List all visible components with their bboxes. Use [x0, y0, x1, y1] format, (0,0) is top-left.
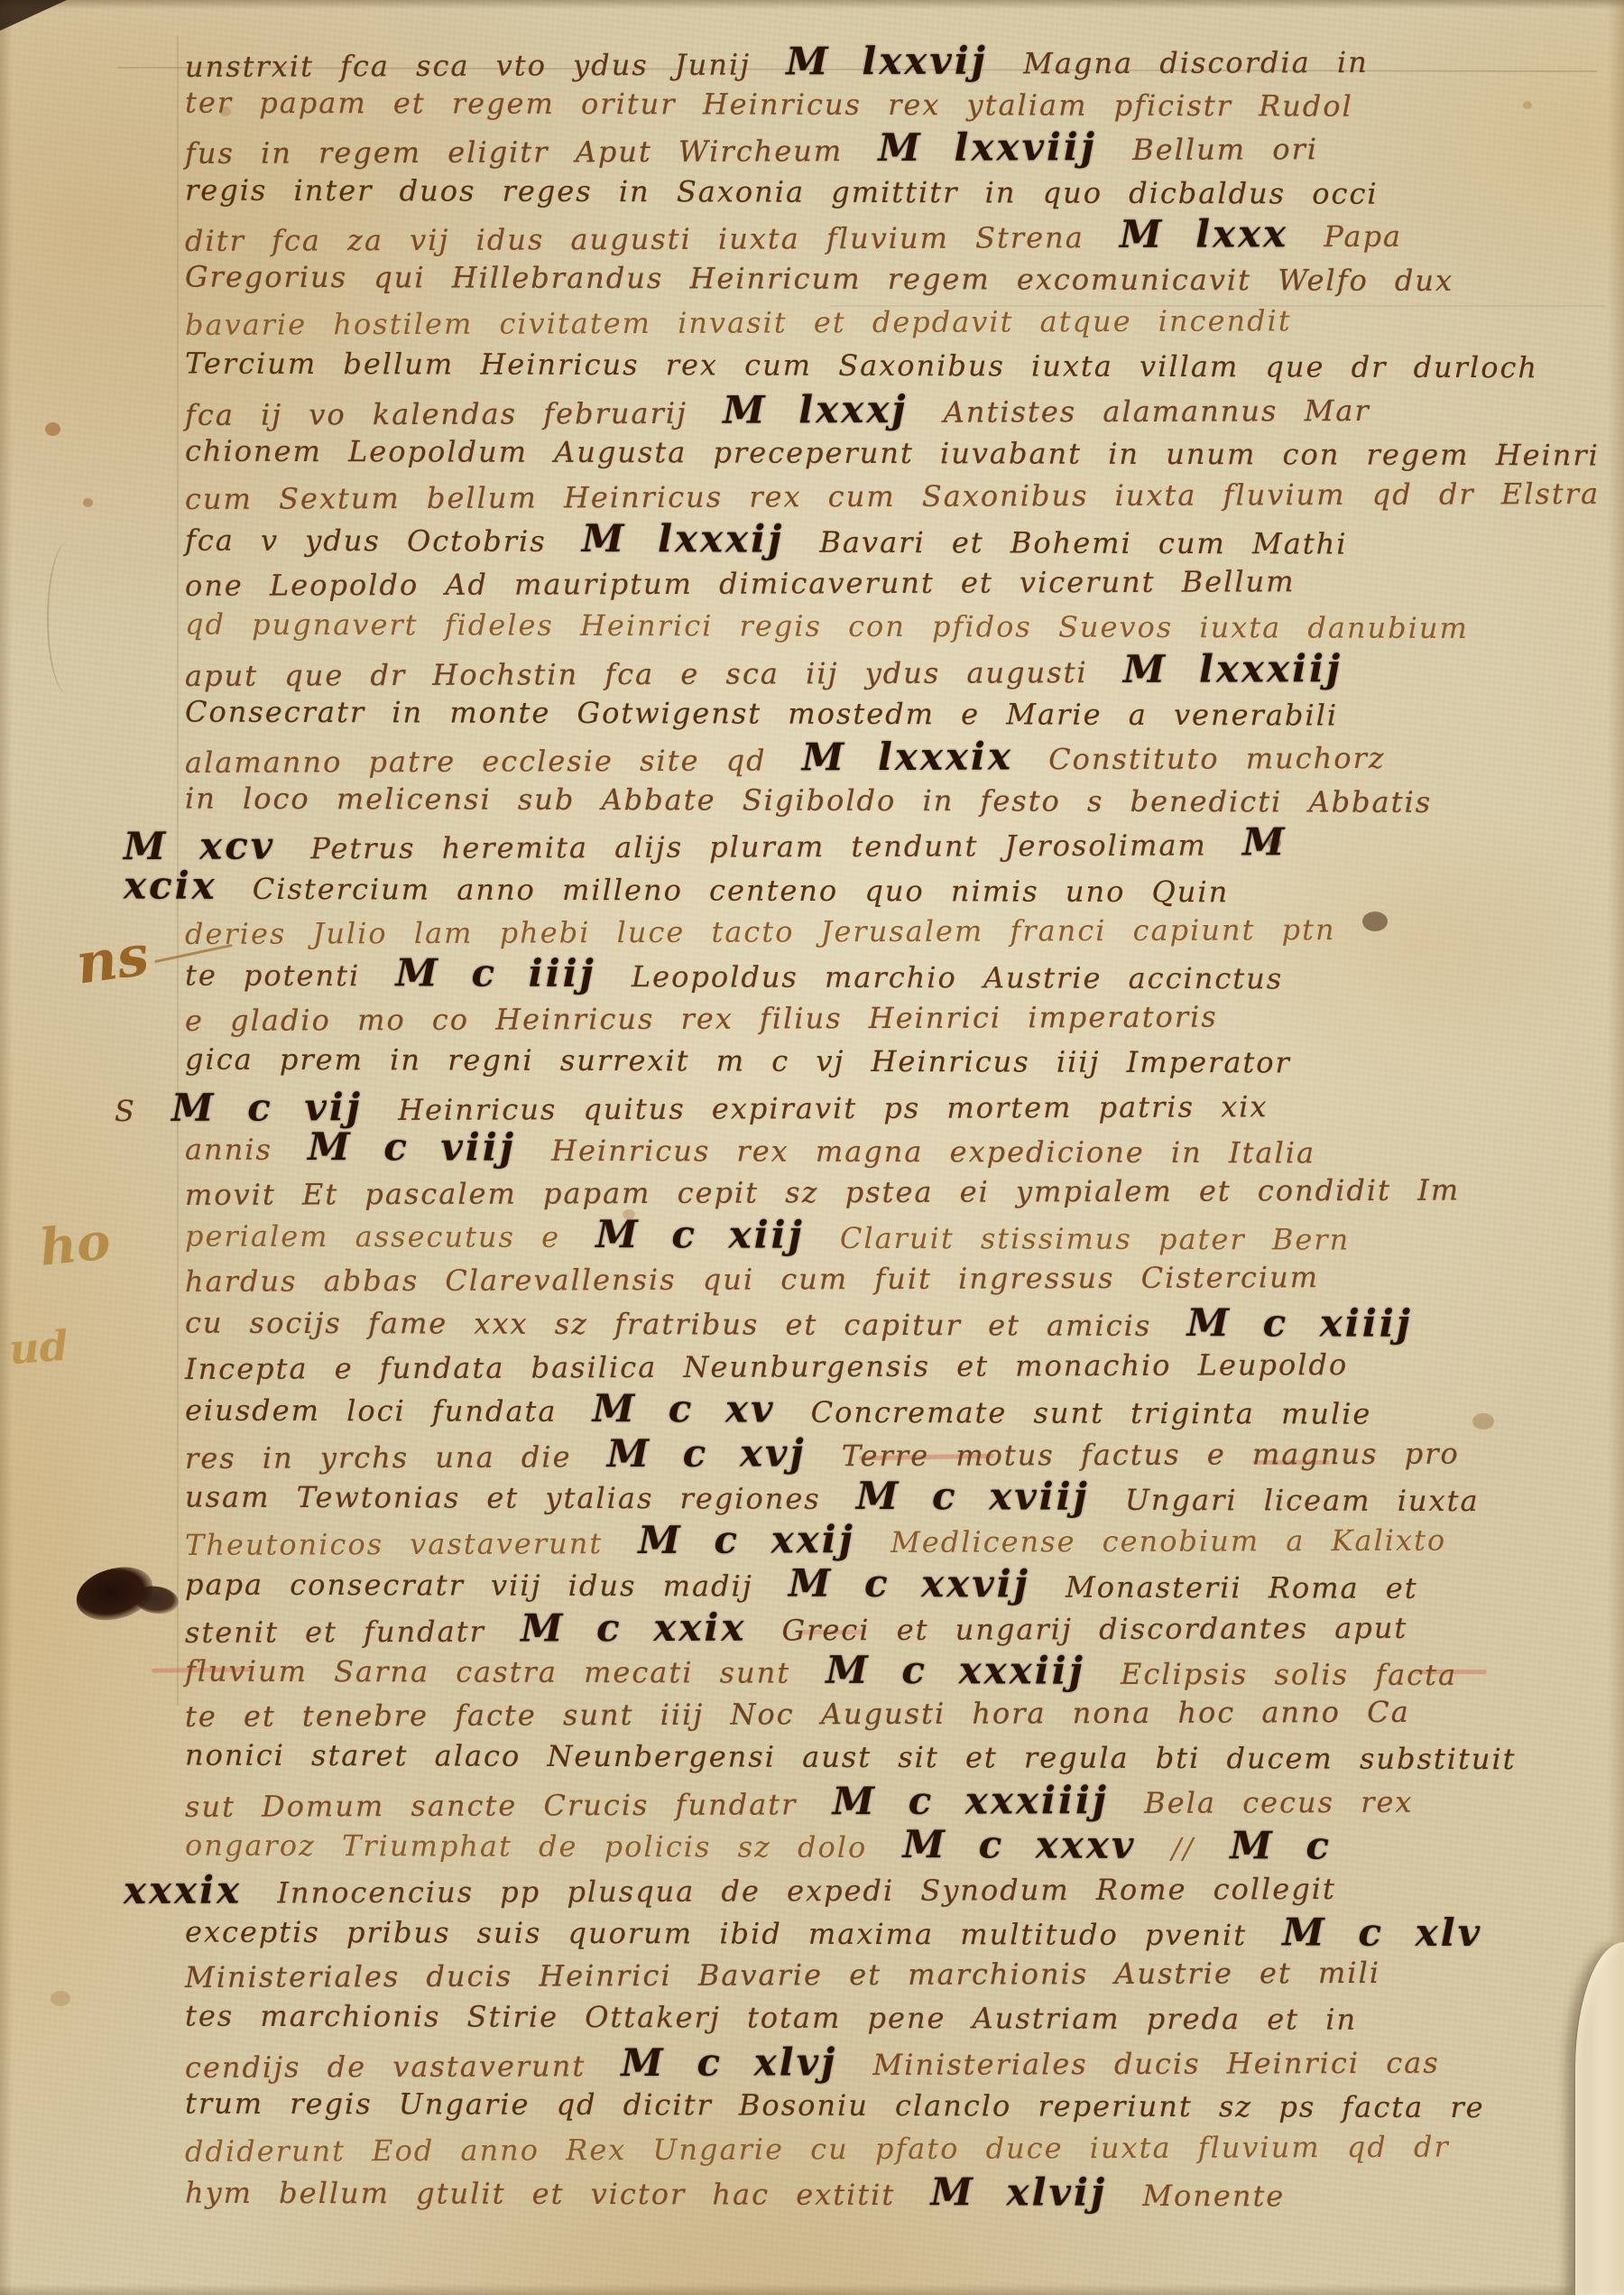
- manuscript-text-line: fca ij vo kalendas februarij M lxxxj Ant…: [185, 385, 1585, 434]
- text-run: one Leopoldo Ad mauriptum dimicaverunt e…: [185, 565, 1296, 604]
- text-run: Papa: [1297, 219, 1402, 254]
- stain-spot: [83, 498, 93, 507]
- manuscript-text-line: gica prem in regni surrexit m c vj Heinr…: [185, 1038, 1585, 1086]
- text-run: unstrxit fca sca vto ydus Junij: [185, 47, 777, 84]
- year-marker: M c xxxiiij: [823, 1778, 1118, 1823]
- manuscript-text-line: Ministeriales ducis Heinrici Bavarie et …: [185, 1950, 1585, 1999]
- margin-note-text: ns: [72, 921, 152, 996]
- text-run: res in yrchs una die: [185, 1439, 598, 1476]
- text-run: annis: [185, 1132, 299, 1166]
- ink-blot: [134, 1585, 180, 1616]
- year-marker: M lxxxiij: [1114, 646, 1352, 691]
- text-run: Medlicense cenobium a Kalixto: [864, 1523, 1446, 1559]
- year-marker: M c xviij: [847, 1474, 1099, 1519]
- text-run: Leopoldus marchio Austrie accinctus: [605, 959, 1284, 995]
- year-marker: M lxxxj: [714, 386, 918, 431]
- text-run: perialem assecutus e: [185, 1219, 586, 1254]
- stain-spot: [51, 1991, 70, 2006]
- text-run: ddiderunt Eod anno Rex Ungarie cu pfato …: [185, 2130, 1450, 2169]
- text-run: ditr fca za vij idus augusti iuxta fluvi…: [185, 220, 1111, 258]
- text-run: Heinricus rex magna expedicione in Itali…: [525, 1133, 1315, 1170]
- margin-note-text: ud: [7, 1321, 69, 1374]
- manuscript-text-line: exceptis pribus suis quorum ibid maxima …: [185, 1908, 1585, 1956]
- manuscript-text-line: nonici staret alaco Neunbergensi aust si…: [185, 1734, 1585, 1781]
- year-marker: M c xxix: [512, 1605, 756, 1650]
- text-run: chionem Leopoldum Augusta preceperunt iu…: [185, 433, 1600, 472]
- text-run: Greci et ungarij discordantes aput: [755, 1611, 1407, 1648]
- text-run: Petrus heremita alijs pluram tendunt Jer…: [284, 828, 1233, 866]
- manuscript-text-line: trum regis Ungarie qd dicitr Bosoniu cla…: [185, 2081, 1585, 2129]
- manuscript-text-line: fluvium Sarna castra mecati sunt M c xxx…: [185, 1646, 1585, 1694]
- text-run: Monasterii Roma et: [1039, 1569, 1418, 1605]
- text-run: Tercium bellum Heinricus rex cum Saxonib…: [185, 347, 1538, 385]
- text-run: stenit et fundatr: [185, 1614, 512, 1649]
- manuscript-text-line: annis M c viij Heinricus rex magna exped…: [185, 1124, 1585, 1172]
- text-run: Constituto muchorz: [1022, 741, 1386, 777]
- manuscript-text-line: e gladio mo co Heinricus rex filius Hein…: [185, 994, 1585, 1042]
- text-run: bavarie hostilem civitatem invasit et de…: [185, 303, 1292, 342]
- text-run: Bavari et Bohemi cum Mathi: [793, 525, 1347, 561]
- text-run: fluvium Sarna castra mecati sunt: [185, 1653, 817, 1689]
- text-run: Theutonicos vastaverunt: [185, 1526, 629, 1562]
- manuscript-text-line: M xcv Petrus heremita alijs pluram tendu…: [115, 819, 1585, 868]
- parchment-fold-mark: [47, 541, 90, 695]
- dark-corner-top-left: [0, 0, 67, 31]
- text-run: te et tenebre facte sunt iiij Noc August…: [185, 1695, 1410, 1734]
- manuscript-text-line: cum Sextum bellum Heinricus rex cum Saxo…: [185, 472, 1585, 521]
- manuscript-text-line: stenit et fundatr M c xxix Greci et unga…: [185, 1603, 1585, 1652]
- text-run: Ministeriales ducis Heinrici Bavarie et …: [185, 1956, 1380, 1994]
- text-run: qd pugnavert fideles Heinrici regis con …: [185, 607, 1469, 645]
- manuscript-text-line: alamanno patre ecclesie site qd M lxxxix…: [185, 733, 1585, 782]
- manuscript-text-line: papa consecratr viij idus madij M c xxvi…: [185, 1559, 1585, 1607]
- manuscript-text-line: Gregorius qui Hillebrandus Heinricum reg…: [185, 254, 1585, 302]
- text-run: trum regis Ungarie qd dicitr Bosoniu cla…: [185, 2086, 1485, 2124]
- year-marker: M c vij: [162, 1085, 372, 1130]
- year-marker: M lxxviij: [869, 125, 1106, 170]
- manuscript-text-line: fca v ydus Octobris M lxxxij Bavari et B…: [185, 516, 1585, 564]
- text-run: deries Julio lam phebi luce tacto Jerusa…: [185, 912, 1336, 951]
- text-run: papa consecratr viij idus madij: [185, 1567, 780, 1603]
- year-marker: M c: [1221, 1823, 1341, 1867]
- manuscript-text-line: perialem assecutus e M c xiij Claruit st…: [185, 1212, 1585, 1260]
- year-marker: M c iiij: [386, 950, 605, 995]
- year-marker: M c xxxiij: [817, 1648, 1094, 1693]
- manuscript-text-line: movit Et pascalem papam cepit sz pstea e…: [185, 1168, 1585, 1217]
- year-marker: M c xiiij: [1177, 1300, 1422, 1346]
- manuscript-text-line: one Leopoldo Ad mauriptum dimicaverunt e…: [185, 559, 1585, 607]
- text-run: cu socijs fame xxx sz fratribus et capit…: [185, 1306, 1178, 1343]
- year-marker: M c xxij: [629, 1517, 864, 1562]
- year-marker: M lxxx: [1111, 211, 1297, 256]
- margin-note-text: ho: [37, 1211, 114, 1278]
- manuscript-text-line: eiusdem loci fundata M c xv Concremate s…: [185, 1385, 1585, 1433]
- year-marker: M: [1233, 819, 1296, 864]
- text-run: regis inter duos reges in Saxonia gmitti…: [185, 172, 1379, 210]
- manuscript-text-line: xcix Cistercium anno milleno centeno quo…: [115, 864, 1585, 912]
- year-marker: M c xxvij: [780, 1560, 1039, 1606]
- manuscript-text-line: chionem Leopoldum Augusta preceperunt iu…: [185, 429, 1585, 477]
- manuscript-text-line: aput que dr Hochstin fca e sca iij ydus …: [185, 646, 1585, 695]
- manuscript-text-line: unstrxit fca sca vto ydus Junij M lxxvij…: [185, 37, 1585, 86]
- text-run: Consecratr in monte Gotwigenst mostedm e…: [185, 694, 1338, 732]
- text-run: aput que dr Hochstin fca e sca iij ydus …: [185, 655, 1114, 693]
- text-run: fus in regem eligitr Aput Wircheum: [185, 134, 870, 171]
- manuscript-text-line: in loco melicensi sub Abbate Sigiboldo i…: [185, 777, 1585, 825]
- manuscript-text-line: Consecratr in monte Gotwigenst mostedm e…: [185, 689, 1585, 737]
- manuscript-text-line: cu socijs fame xxx sz fratribus et capit…: [185, 1299, 1585, 1346]
- year-marker: M c xlvj: [612, 2040, 846, 2085]
- year-marker: M c xvj: [598, 1430, 816, 1476]
- text-run: Ungari liceam iuxta: [1099, 1483, 1480, 1518]
- text-run: Ministeriales ducis Heinrici cas: [846, 2045, 1440, 2082]
- year-marker: M c xxxv: [893, 1822, 1145, 1867]
- manuscript-text-line: Theutonicos vastaverunt M c xxij Medlice…: [185, 1515, 1585, 1564]
- page-bottom-edge-shadow: [0, 2284, 1624, 2295]
- manuscript-text-line: qd pugnavert fideles Heinrici regis con …: [185, 603, 1585, 651]
- text-run: Cistercium anno milleno centeno quo nimi…: [226, 871, 1230, 908]
- text-run: Incepta e fundata basilica Neunburgensis…: [185, 1347, 1348, 1386]
- text-run: usam Tewtonias et ytalias regiones: [185, 1480, 847, 1516]
- text-run: sut Domum sancte Crucis fundatr: [185, 1787, 824, 1824]
- text-run: ongaroz Triumphat de policis sz dolo: [185, 1828, 894, 1864]
- text-run: cum Sextum bellum Heinricus rex cum Saxo…: [185, 477, 1600, 516]
- year-marker: M xlvij: [921, 2170, 1116, 2215]
- text-run: alamanno patre ecclesie site qd: [185, 743, 793, 780]
- page-top-edge-shadow: [0, 0, 1624, 9]
- text-run: Concremate sunt triginta mulie: [784, 1394, 1371, 1430]
- text-run: Heinricus quitus expiravit ps mortem pat…: [372, 1089, 1269, 1127]
- text-run: Innocencius pp plusqua de expedi Synodum…: [251, 1872, 1336, 1911]
- text-run: exceptis pribus suis quorum ibid maxima …: [185, 1915, 1273, 1953]
- text-run: Terre motus factus e magnus pro: [816, 1437, 1460, 1474]
- text-run: tes marchionis Stirie Ottakerj totam pen…: [185, 1999, 1357, 2037]
- year-marker: M c xiij: [586, 1212, 814, 1257]
- text-run: movit Et pascalem papam cepit sz pstea e…: [185, 1172, 1460, 1211]
- text-run: Magna discordia in: [997, 45, 1369, 81]
- manuscript-text-line: sut Domum sancte Crucis fundatr M c xxxi…: [185, 1777, 1585, 1826]
- year-marker: M c xv: [584, 1386, 785, 1431]
- manuscript-text-line: tes marchionis Stirie Ottakerj totam pen…: [185, 1994, 1585, 2042]
- text-run: Monente: [1116, 2179, 1285, 2214]
- manuscript-text-line: ongaroz Triumphat de policis sz dolo M c…: [185, 1820, 1585, 1868]
- manuscript-text-line: ddiderunt Eod anno Rex Ungarie cu pfato …: [185, 2124, 1585, 2173]
- manuscript-text-line: bavarie hostilem civitatem invasit et de…: [185, 298, 1585, 347]
- chronicle-text-block: unstrxit fca sca vto ydus Junij M lxxvij…: [185, 40, 1585, 2214]
- year-marker: M lxxxij: [573, 516, 793, 561]
- manuscript-text-line: cendijs de vastaverunt M c xlvj Minister…: [185, 2038, 1585, 2087]
- text-run: Bela cecus rex: [1118, 1784, 1414, 1819]
- manuscript-text-line: res in yrchs una die M c xvj Terre motus…: [185, 1429, 1585, 1477]
- manuscript-text-line: xxxix Innocencius pp plusqua de expedi S…: [115, 1864, 1585, 1912]
- manuscript-text-line: ditr fca za vij idus augusti iuxta fluvi…: [185, 211, 1585, 260]
- text-run: e gladio mo co Heinricus rex filius Hein…: [185, 1000, 1218, 1038]
- manuscript-page: unstrxit fca sca vto ydus Junij M lxxvij…: [0, 0, 1624, 2295]
- text-run: Gregorius qui Hillebrandus Heinricum reg…: [185, 259, 1453, 297]
- manuscript-text-line: hardus abbas Clarevallensis qui cum fuit…: [185, 1254, 1585, 1303]
- text-run: hym bellum gtulit et victor hac extitit: [185, 2176, 922, 2213]
- manuscript-text-line: fus in regem eligitr Aput Wircheum M lxx…: [185, 124, 1585, 172]
- year-marker: xxxix: [115, 1867, 251, 1912]
- manuscript-text-line: Incepta e fundata basilica Neunburgensis…: [185, 1342, 1585, 1391]
- text-run: Eclipsis solis facta: [1094, 1657, 1457, 1692]
- margin-note: ud: [7, 1321, 69, 1374]
- manuscript-text-line: regis inter duos reges in Saxonia gmitti…: [185, 168, 1585, 216]
- manuscript-text-line: te potenti M c iiij Leopoldus marchio Au…: [185, 950, 1585, 998]
- manuscript-text-line: te et tenebre facte sunt iiij Noc August…: [185, 1689, 1585, 1738]
- page-left-edge-shadow: [0, 0, 13, 2295]
- text-run: eiusdem loci fundata: [185, 1393, 584, 1428]
- year-marker: M lxxxix: [793, 734, 1022, 779]
- margin-note: ho: [37, 1211, 114, 1278]
- manuscript-text-line: hym bellum gtulit et victor hac extitit …: [185, 2169, 1585, 2216]
- text-run: fca ij vo kalendas februarij: [185, 395, 714, 431]
- year-marker: M c viij: [299, 1124, 525, 1170]
- text-run: cendijs de vastaverunt: [185, 2049, 613, 2085]
- year-marker: M lxxvij: [777, 39, 997, 84]
- manuscript-text-line: ter papam et regem oritur Heinricus rex …: [185, 81, 1585, 129]
- text-run: fca v ydus Octobris: [185, 523, 573, 559]
- text-run: Claruit stissimus pater Bern: [814, 1221, 1351, 1257]
- text-run: te potenti: [185, 958, 387, 993]
- year-marker: xcix: [115, 863, 226, 907]
- manuscript-text-line: Tercium bellum Heinricus rex cum Saxonib…: [185, 342, 1585, 390]
- year-marker: M c xlv: [1273, 1910, 1491, 1955]
- text-run: in loco melicensi sub Abbate Sigiboldo i…: [185, 782, 1432, 819]
- manuscript-text-line: deries Julio lam phebi luce tacto Jerusa…: [185, 907, 1585, 956]
- stain-spot: [45, 422, 60, 436]
- text-run: Antistes alamannus Mar: [917, 393, 1370, 429]
- text-run: ter papam et regem oritur Heinricus rex …: [185, 86, 1353, 124]
- text-run: //: [1145, 1831, 1221, 1865]
- ink-blot: [72, 1563, 157, 1625]
- manuscript-text-line: usam Tewtonias et ytalias regiones M c x…: [185, 1473, 1585, 1521]
- manuscript-text-line: S M c vij Heinricus quitus expiravit ps …: [115, 1080, 1585, 1129]
- text-run: hardus abbas Clarevallensis qui cum fuit…: [185, 1260, 1319, 1299]
- text-run: Bellum ori: [1106, 133, 1318, 168]
- year-marker: M xcv: [115, 824, 284, 869]
- text-run: nonici staret alaco Neunbergensi aust si…: [185, 1738, 1517, 1777]
- text-run: S: [115, 1093, 162, 1127]
- text-run: gica prem in regni surrexit m c vj Heinr…: [185, 1042, 1291, 1080]
